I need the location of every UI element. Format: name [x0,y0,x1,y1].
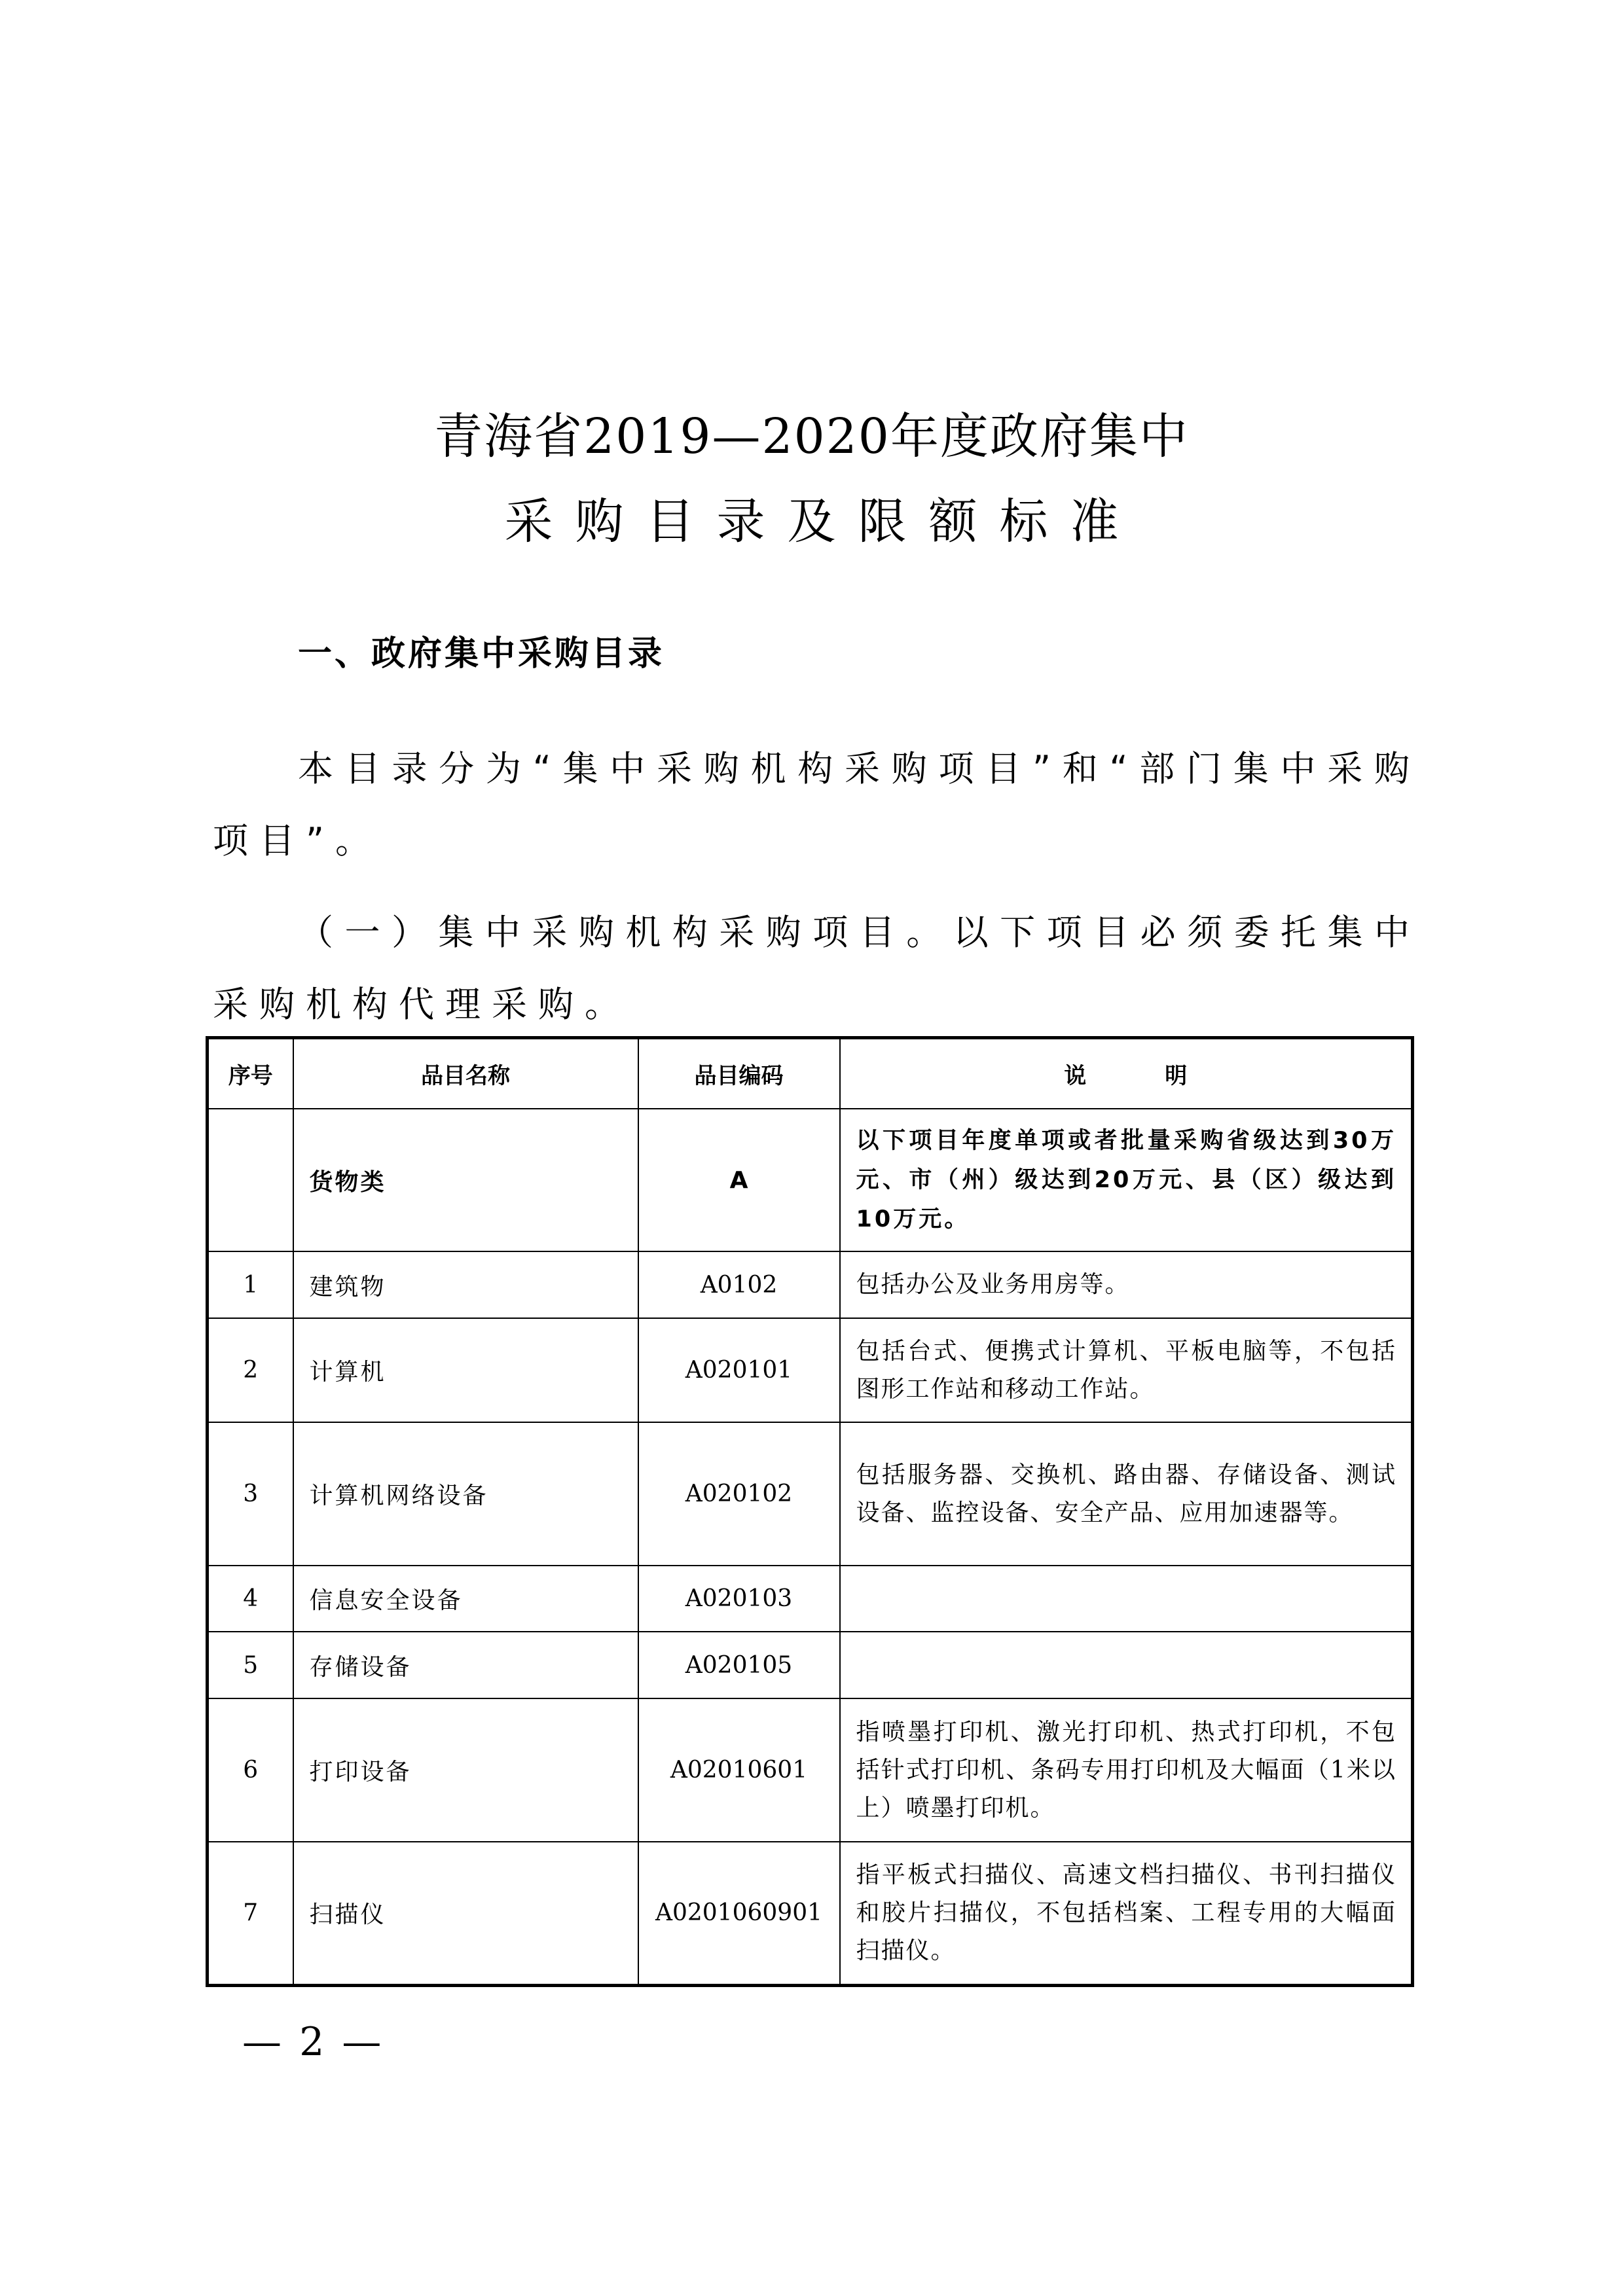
cell-description [840,1632,1413,1698]
cell-description [840,1566,1413,1632]
body-paragraph-2: （一）集中采购机构采购项目。以下项目必须委托集中采购机构代理采购。 [213,897,1421,1041]
cell-item-name: 扫描仪 [293,1842,638,1985]
cell-item-code: A020103 [638,1566,840,1632]
cell-serial-no: 7 [208,1842,293,1985]
table-row: 4 信息安全设备 A020103 [208,1566,1413,1632]
document-title-line-2: 采购目录及限额标准 [0,492,1623,551]
cell-item-name: 计算机网络设备 [293,1422,638,1566]
cell-serial-no: 6 [208,1698,293,1842]
cell-item-code: A020102 [638,1422,840,1566]
cell-description: 包括办公及业务用房等。 [840,1251,1413,1318]
cell-description: 包括服务器、交换机、路由器、存储设备、测试设备、监控设备、安全产品、应用加速器等… [840,1422,1413,1566]
table-row: 6 打印设备 A02010601 指喷墨打印机、激光打印机、热式打印机，不包括针… [208,1698,1413,1842]
cell-description: 以下项目年度单项或者批量采购省级达到30万元、市（州）级达到20万元、县（区）级… [840,1109,1413,1251]
cell-item-name: 货物类 [293,1109,638,1251]
table-row: 2 计算机 A020101 包括台式、便携式计算机、平板电脑等，不包括图形工作站… [208,1318,1413,1422]
cell-item-code: A0201060901 [638,1842,840,1985]
cell-item-code: A020101 [638,1318,840,1422]
cell-description: 包括台式、便携式计算机、平板电脑等，不包括图形工作站和移动工作站。 [840,1318,1413,1422]
cell-serial-no: 3 [208,1422,293,1566]
cell-item-name: 信息安全设备 [293,1566,638,1632]
cell-item-name: 建筑物 [293,1251,638,1318]
header-item-code: 品目编码 [638,1038,840,1109]
table-row: 1 建筑物 A0102 包括办公及业务用房等。 [208,1251,1413,1318]
document-title-line-1: 青海省2019—2020年度政府集中 [0,407,1623,466]
table-row: 7 扫描仪 A0201060901 指平板式扫描仪、高速文档扫描仪、书刊扫描仪和… [208,1842,1413,1985]
cell-item-code: A [638,1109,840,1251]
procurement-catalog-table: 序号 品目名称 品目编码 说明 货物类 A 以下项目年度单项或者批量采购省级达到… [206,1036,1414,1987]
header-item-name: 品目名称 [293,1038,638,1109]
body-paragraph-1: 本目录分为“集中采购机构采购项目”和“部门集中采购项目”。 [213,733,1421,877]
cell-item-name: 存储设备 [293,1632,638,1698]
table-row: 5 存储设备 A020105 [208,1632,1413,1698]
cell-serial-no [208,1109,293,1251]
table-row: 3 计算机网络设备 A020102 包括服务器、交换机、路由器、存储设备、测试设… [208,1422,1413,1566]
cell-item-name: 打印设备 [293,1698,638,1842]
header-serial-no: 序号 [208,1038,293,1109]
table-header-row: 序号 品目名称 品目编码 说明 [208,1038,1413,1109]
cell-serial-no: 2 [208,1318,293,1422]
cell-serial-no: 5 [208,1632,293,1698]
page-number: — 2 — [242,2016,384,2068]
header-description: 说明 [840,1038,1413,1109]
section-heading: 一、政府集中采购目录 [298,631,665,677]
cell-description: 指平板式扫描仪、高速文档扫描仪、书刊扫描仪和胶片扫描仪，不包括档案、工程专用的大… [840,1842,1413,1985]
cell-serial-no: 1 [208,1251,293,1318]
header-description-part2: 明 [1165,1063,1187,1089]
cell-description: 指喷墨打印机、激光打印机、热式打印机，不包括针式打印机、条码专用打印机及大幅面（… [840,1698,1413,1842]
table-row-category: 货物类 A 以下项目年度单项或者批量采购省级达到30万元、市（州）级达到20万元… [208,1109,1413,1251]
cell-item-code: A0102 [638,1251,840,1318]
cell-item-code: A02010601 [638,1698,840,1842]
cell-serial-no: 4 [208,1566,293,1632]
cell-item-name: 计算机 [293,1318,638,1422]
cell-item-code: A020105 [638,1632,840,1698]
header-description-part1: 说 [1064,1063,1086,1089]
